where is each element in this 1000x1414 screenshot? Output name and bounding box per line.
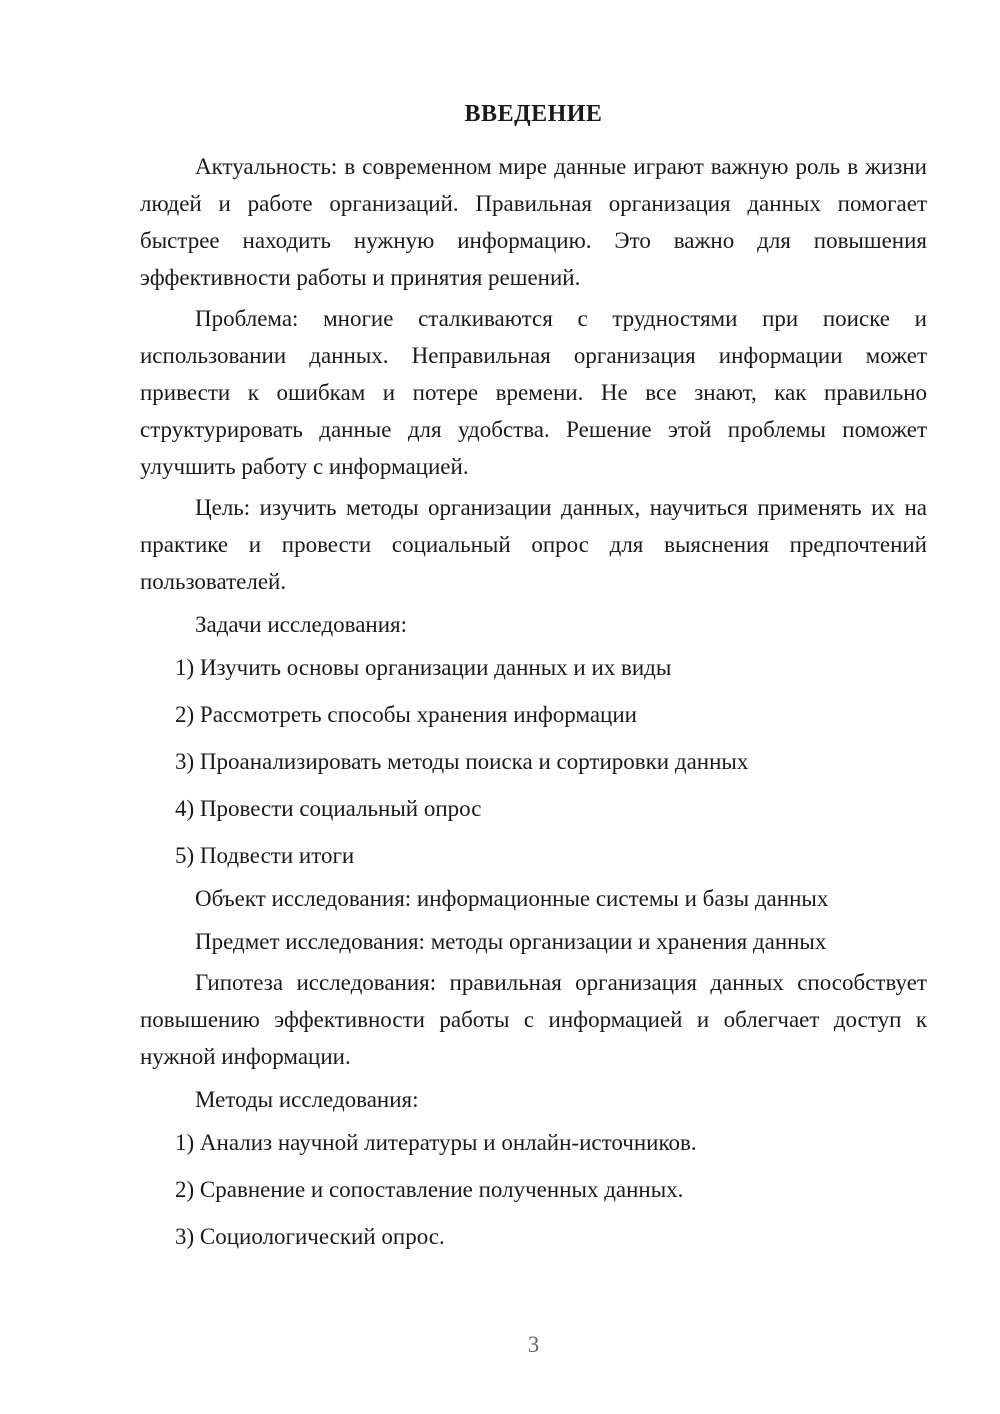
- object-line: Объект исследования: информационные сист…: [140, 880, 927, 917]
- task-item-5: 5) Подвести итоги: [140, 837, 927, 874]
- page-title: ВВЕДЕНИЕ: [140, 96, 927, 133]
- paragraph-goal: Цель: изучить методы организации данных,…: [140, 489, 927, 600]
- method-item-1: 1) Анализ научной литературы и онлайн-ис…: [140, 1124, 927, 1161]
- paragraph-hypothesis: Гипотеза исследования: правильная органи…: [140, 964, 927, 1075]
- method-item-3: 3) Социологический опрос.: [140, 1218, 927, 1255]
- document-page: ВВЕДЕНИЕ Актуальность: в современном мир…: [0, 0, 1000, 1414]
- tasks-heading: Задачи исследования:: [140, 606, 927, 643]
- task-item-3: 3) Проанализировать методы поиска и сорт…: [140, 743, 927, 780]
- methods-list: 1) Анализ научной литературы и онлайн-ис…: [140, 1124, 927, 1255]
- subject-line: Предмет исследования: методы организации…: [140, 923, 927, 960]
- task-item-1: 1) Изучить основы организации данных и и…: [140, 649, 927, 686]
- paragraph-problem: Проблема: многие сталкиваются с трудност…: [140, 300, 927, 485]
- methods-heading: Методы исследования:: [140, 1081, 927, 1118]
- tasks-list: 1) Изучить основы организации данных и и…: [140, 649, 927, 874]
- paragraph-actuality: Актуальность: в современном мире данные …: [140, 148, 927, 296]
- task-item-2: 2) Рассмотреть способы хранения информац…: [140, 696, 927, 733]
- task-item-4: 4) Провести социальный опрос: [140, 790, 927, 827]
- method-item-2: 2) Сравнение и сопоставление полученных …: [140, 1171, 927, 1208]
- page-number: 3: [140, 1326, 927, 1363]
